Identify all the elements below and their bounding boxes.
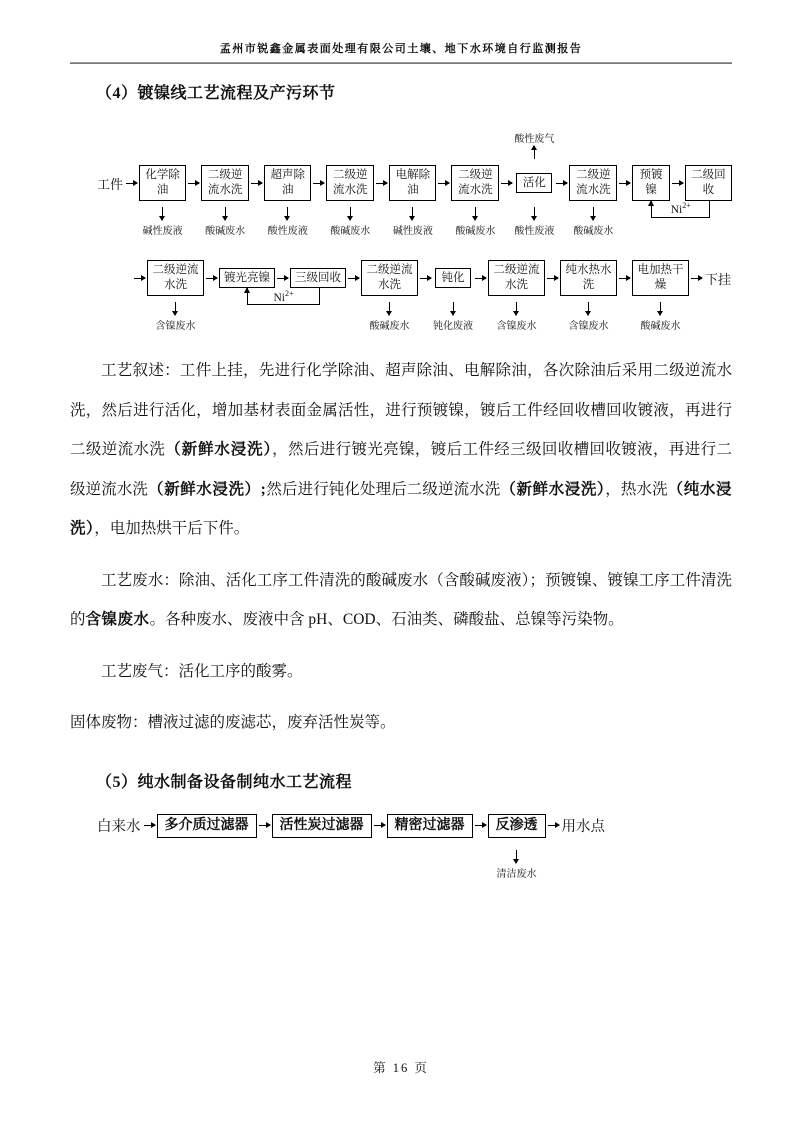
flow-cell: 酸性废气活化酸性废液 <box>514 115 554 252</box>
paragraph-bold-text: （新鲜水浸洗） <box>500 481 605 498</box>
flow-box: 三级回收 <box>290 268 346 289</box>
flow-cell: 二级逆流水洗酸碱废水 <box>326 115 374 252</box>
flow-cell <box>249 115 264 252</box>
arrow-down-icon <box>225 207 226 220</box>
process-wastewater-paragraph: 工艺废水：除油、活化工序工件清洗的酸碱废水（含酸碱废液）；预镀镍、镀镍工序工件清… <box>70 561 732 640</box>
flow-cell <box>204 256 219 347</box>
flow-cell: 工件 <box>96 115 124 252</box>
ion-label: Ni2+ <box>668 201 694 216</box>
arrow-right-icon <box>619 278 630 279</box>
arrow-down-icon <box>162 207 163 220</box>
paragraph-bold-text: （新鲜水浸洗）; <box>148 481 266 498</box>
flow-box: 活化 <box>516 173 552 194</box>
ion-charge: 2+ <box>682 201 691 210</box>
flow-cell: 二级回收 <box>685 115 732 252</box>
arrow-right-icon <box>144 825 155 826</box>
page-header-title: 孟州市锐鑫金属表面处理有限公司土壤、地下水环境自行监测报告 <box>70 40 732 56</box>
arrow-down-icon <box>389 302 390 315</box>
flow-box: 多介质过滤器 <box>157 814 257 838</box>
waste-label: 酸碱废水 <box>455 222 495 237</box>
flow-cell: 预镀镍 <box>632 115 669 252</box>
flow-box: 二级逆流水洗 <box>451 165 499 201</box>
flow-cell <box>257 804 272 895</box>
arrow-right-icon <box>556 183 567 184</box>
document-page: 孟州市锐鑫金属表面处理有限公司土壤、地下水环境自行监测报告 （4）镀镍线工艺流程… <box>0 0 800 1132</box>
flow-cell: 二级逆流水洗酸碱废水 <box>361 256 418 347</box>
paragraph-text: 。各种废水、废液中含 pH、COD、石油类、磷酸盐、总镍等污染物。 <box>150 611 624 628</box>
flow-cell: 二级逆流水洗酸碱废水 <box>569 115 617 252</box>
waste-label: 含镍废水 <box>156 317 196 332</box>
arrow-right-icon <box>501 183 512 184</box>
flow-box: 钝化 <box>435 268 471 289</box>
flow-cell <box>545 256 560 347</box>
waste-label: 酸碱废水 <box>641 317 681 332</box>
paragraph-bold-text: 含镍废水 <box>86 611 150 628</box>
flow-box: 超声除油 <box>264 165 311 201</box>
header-rule <box>70 62 732 64</box>
flow-cell <box>670 115 685 252</box>
flow-box: 化学除油 <box>139 165 186 201</box>
arrow-right-icon <box>376 183 387 184</box>
flow-cell <box>374 115 389 252</box>
arrow-down-icon <box>475 207 476 220</box>
flow-end-label: 下挂 <box>704 269 732 288</box>
flow-cell: 化学除油碱性废液 <box>139 115 186 252</box>
arrow-right-icon <box>548 825 559 826</box>
waste-label: 酸性废液 <box>268 222 308 237</box>
paragraph-text: ，电加热烘干后下件。 <box>94 520 249 537</box>
arrow-right-icon <box>420 278 431 279</box>
waste-label: 碱性废液 <box>143 222 183 237</box>
flow-cell: 白来水 <box>96 804 142 895</box>
waste-label: 酸碱废水 <box>205 222 245 237</box>
arrow-right-icon <box>672 183 683 184</box>
paragraph-text: 然后进行钝化处理后二级逆流水洗 <box>266 481 500 498</box>
arrow-right-icon <box>547 278 558 279</box>
ion-charge: 2+ <box>285 289 294 298</box>
flow-end-label: 用水点 <box>561 815 607 836</box>
flow-cell <box>311 115 326 252</box>
feedback-arrow: Ni2+ <box>247 288 320 305</box>
flow-cell <box>142 804 157 895</box>
paragraph-bold-text: （新鲜水浸洗） <box>165 441 272 458</box>
waste-label: 碱性废液 <box>393 222 433 237</box>
section5-title: （5）纯水制备设备制纯水工艺流程 <box>70 769 732 792</box>
arrow-up-icon <box>244 284 250 293</box>
flow-cell: 多介质过滤器 <box>157 804 257 895</box>
paragraph-text: 固体废物：槽液过滤的废滤芯，废弃活性炭等。 <box>70 714 396 731</box>
flow-box: 预镀镍 <box>632 165 669 201</box>
flow-start-label: 白来水 <box>96 815 142 836</box>
arrow-down-icon <box>412 207 413 220</box>
arrow-right-icon <box>475 825 486 826</box>
flow-cell: 超声除油酸性废液 <box>264 115 311 252</box>
paragraph-text: ，热水洗 <box>605 481 667 498</box>
arrow-up-icon <box>534 146 535 159</box>
flow-box: 反渗透 <box>488 814 546 838</box>
flow-cell: 下挂 <box>704 256 732 347</box>
arrow-right-icon <box>188 183 199 184</box>
flow-cell: 精密过滤器 <box>387 804 473 895</box>
flow-cell <box>372 804 387 895</box>
arrow-right-icon <box>438 183 449 184</box>
arrow-right-icon <box>206 278 217 279</box>
arrow-down-icon <box>588 302 589 315</box>
waste-label: 酸碱废水 <box>573 222 613 237</box>
arrow-down-icon <box>453 302 454 315</box>
arrow-right-icon <box>251 183 262 184</box>
process-description-paragraph: 工艺叙述：工件上挂，先进行化学除油、超声除油、电解除油，各次除油后采用二级逆流水… <box>70 351 732 549</box>
flow-cell <box>418 256 433 347</box>
arrow-down-icon <box>287 207 288 220</box>
solid-waste-paragraph: 固体废物：槽液过滤的废滤芯，废弃活性炭等。 <box>70 703 732 743</box>
flow-cell: 用水点 <box>561 804 607 895</box>
flow-cell <box>124 115 139 252</box>
flow-cell: 反渗透清洁废水 <box>488 804 546 895</box>
waste-label: 酸碱废水 <box>330 222 370 237</box>
flow-cell: 二级逆流水洗含镍废水 <box>147 256 204 347</box>
flow-cell <box>436 115 451 252</box>
waste-label: 清洁废水 <box>497 865 537 880</box>
process-gas-paragraph: 工艺废气：活化工序的酸雾。 <box>70 652 732 692</box>
waste-label: 钝化废液 <box>433 317 473 332</box>
flow-cell <box>186 115 201 252</box>
arrow-right-icon <box>259 825 270 826</box>
flow-box: 精密过滤器 <box>387 814 473 838</box>
flow-box: 二级回收 <box>685 165 732 201</box>
ion-label: Ni2+ <box>270 289 296 304</box>
arrow-down-icon <box>593 207 594 220</box>
page-number: 第 16 页 <box>70 1058 732 1132</box>
arrow-down-icon <box>516 302 517 315</box>
flow-cell <box>346 256 361 347</box>
flow-cell <box>499 115 514 252</box>
flow-cell <box>546 804 561 895</box>
flow-box: 活性炭过滤器 <box>272 814 372 838</box>
waste-label: 含镍废水 <box>569 317 609 332</box>
waste-label: 酸性废液 <box>514 222 554 237</box>
waste-label: 含镍废水 <box>497 317 537 332</box>
arrow-down-icon <box>534 207 535 220</box>
flow-cell <box>617 115 632 252</box>
arrow-right-icon <box>348 278 359 279</box>
arrow-right-icon <box>313 183 324 184</box>
flow-box: 二级逆流水洗 <box>201 165 249 201</box>
flow-cell: 电解除油碱性废液 <box>389 115 436 252</box>
section4-title: （4）镀镍线工艺流程及产污环节 <box>70 80 732 103</box>
arrow-down-icon <box>516 850 517 863</box>
arrow-right-icon <box>619 183 630 184</box>
pure-water-flow-row: 白来水多介质过滤器活性炭过滤器精密过滤器反渗透清洁废水用水点 <box>96 804 732 895</box>
flow-start-label: 工件 <box>96 174 124 193</box>
feedback-arrow: Ni2+ <box>651 201 710 218</box>
arrow-right-icon <box>277 278 288 279</box>
flow-cell: 活性炭过滤器 <box>272 804 372 895</box>
arrow-right-icon <box>475 278 486 279</box>
flow-cell <box>617 256 632 347</box>
flow-cell <box>473 256 488 347</box>
paragraph-text: 工艺废气：活化工序的酸雾。 <box>101 663 303 680</box>
flow-cell <box>554 115 569 252</box>
flow-cell <box>689 256 704 347</box>
arrow-right-icon <box>374 825 385 826</box>
arrow-down-icon <box>660 302 661 315</box>
flow-cell: 二级逆流水洗酸碱废水 <box>201 115 249 252</box>
arrow-down-icon <box>175 302 176 315</box>
arrow-right-icon <box>126 183 137 184</box>
flow-cell: 二级逆流水洗含镍废水 <box>488 256 545 347</box>
flow-cell <box>132 256 147 347</box>
flow-box: 二级逆流水洗 <box>147 260 204 296</box>
flow-box: 电加热干燥 <box>632 260 689 296</box>
flow-box: 纯水热水洗 <box>560 260 617 296</box>
flow-cell: 二级逆流水洗酸碱废水 <box>451 115 499 252</box>
flow-box: 二级逆流水洗 <box>488 260 545 296</box>
nickel-flow-row-2: 二级逆流水洗含镍废水镀光亮镍三级回收二级逆流水洗酸碱废水钝化钝化废液二级逆流水洗… <box>132 256 732 347</box>
flow-box: 二级逆流水洗 <box>326 165 374 201</box>
flow-box: 二级逆流水洗 <box>569 165 617 201</box>
flow-cell: 钝化钝化废液 <box>433 256 473 347</box>
arrow-up-icon <box>648 197 654 206</box>
flow-box: 电解除油 <box>389 165 436 201</box>
nickel-flow-row-1: 工件化学除油碱性废液二级逆流水洗酸碱废水超声除油酸性废液二级逆流水洗酸碱废水电解… <box>96 115 732 252</box>
flow-box: 二级逆流水洗 <box>361 260 418 296</box>
waste-label: 酸碱废水 <box>370 317 410 332</box>
flow-cell: 电加热干燥酸碱废水 <box>632 256 689 347</box>
arrow-right-icon <box>691 278 702 279</box>
flow-cell: 纯水热水洗含镍废水 <box>560 256 617 347</box>
arrow-down-icon <box>350 207 351 220</box>
arrow-right-icon <box>134 278 145 279</box>
flow-cell <box>473 804 488 895</box>
